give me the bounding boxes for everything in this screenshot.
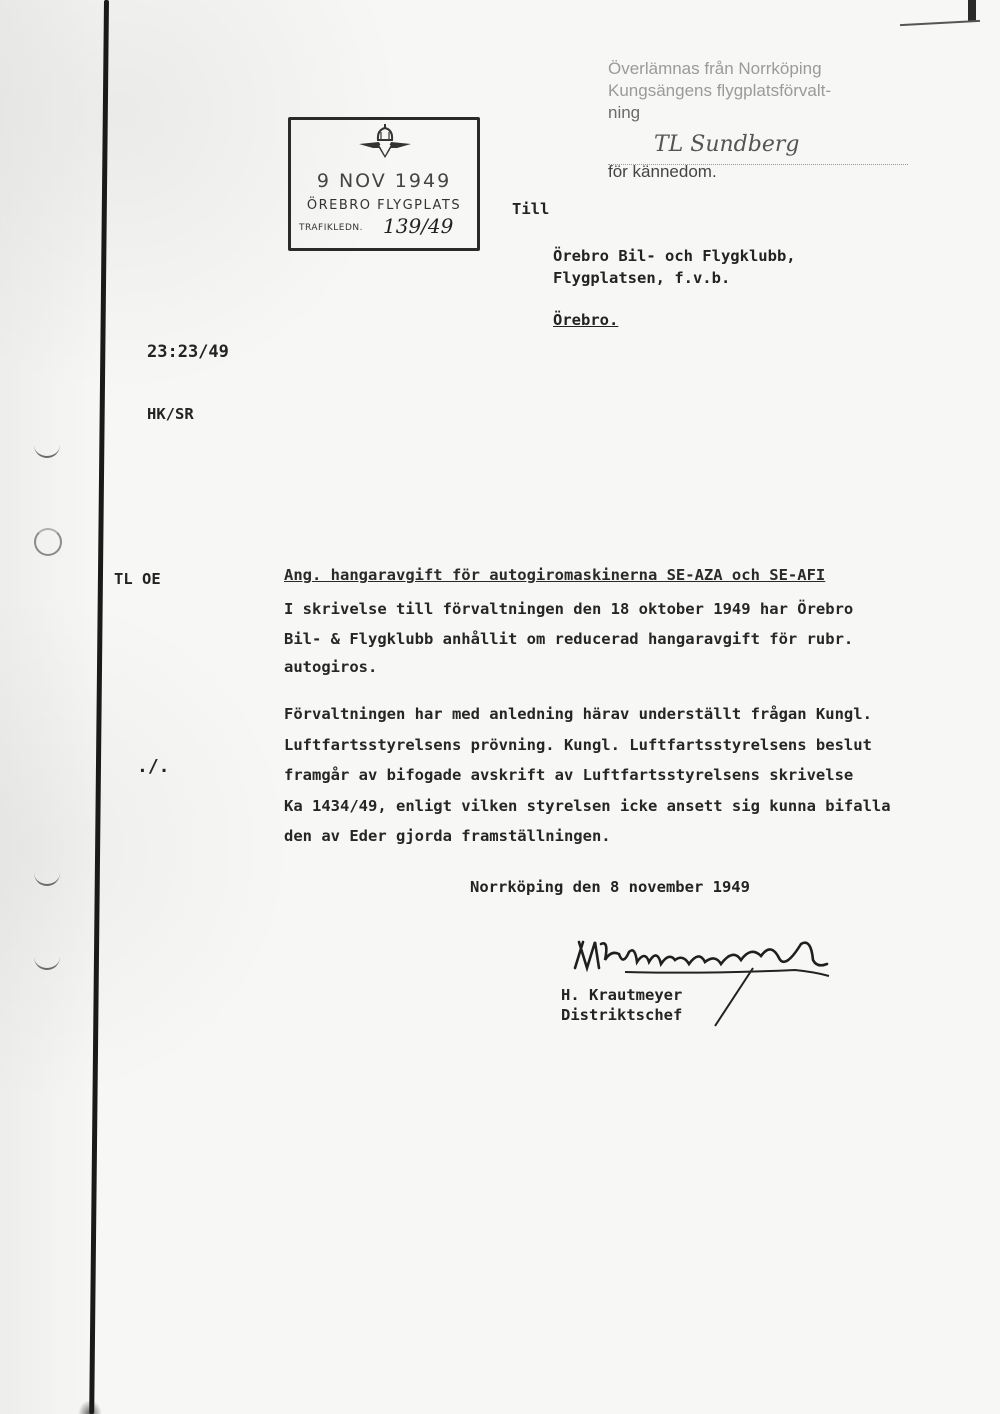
letter-subject: Ang. hangaravgift för autogiromaskinerna… xyxy=(284,566,825,584)
paragraph-2-line: Luftfartsstyrelsens prövning. Kungl. Luf… xyxy=(284,736,872,754)
paragraph-2-line: den av Eder gjorda framställningen. xyxy=(284,827,611,845)
reference-initials: HK/SR xyxy=(147,405,194,423)
paragraph-1-line: autogiros. xyxy=(284,658,377,676)
margin-line-smudge xyxy=(78,1400,102,1414)
addressee-line-1: Örebro Bil- och Flygklubb, xyxy=(553,247,796,265)
handover-line-4: för kännedom. xyxy=(608,162,717,182)
received-stamp: 9 NOV 1949 ÖREBRO FLYGPLATS TRAFIKLEDN. … xyxy=(288,117,480,251)
punch-hole-mark xyxy=(34,870,60,886)
paragraph-2-line: framgår av bifogade avskrift av Luftfart… xyxy=(284,766,853,784)
stamp-date: 9 NOV 1949 xyxy=(291,170,477,192)
margin-binder-line xyxy=(89,0,109,1414)
crown-wings-emblem-icon xyxy=(357,124,413,164)
reference-number: 23:23/49 xyxy=(147,342,229,362)
paragraph-1-line: I skrivelse till förvaltningen den 18 ok… xyxy=(284,600,853,618)
enclosure-mark: ./. xyxy=(137,756,170,777)
handover-note: Överlämnas från Norrköping Kungsängens f… xyxy=(608,58,928,124)
punch-hole-mark xyxy=(34,442,60,458)
stamp-place: ÖREBRO FLYGPLATS xyxy=(291,198,477,213)
place-date: Norrköping den 8 november 1949 xyxy=(470,878,750,896)
corner-scan-mark xyxy=(968,0,976,22)
handover-line-2: Kungsängens flygplatsförvalt- xyxy=(608,80,928,102)
till-label: Till xyxy=(512,200,549,218)
stamp-label: TRAFIKLEDN. xyxy=(299,223,363,233)
signatory-name: H. Krautmeyer xyxy=(561,986,682,1004)
corner-scan-line xyxy=(900,20,980,26)
addressee-line-2: Flygplatsen, f.v.b. xyxy=(553,269,730,287)
paragraph-2-line: Förvaltningen har med anledning härav un… xyxy=(284,705,872,723)
addressee-city: Örebro. xyxy=(553,311,618,329)
stamp-number: 139/49 xyxy=(383,214,453,238)
handover-line-1: Överlämnas från Norrköping xyxy=(608,58,928,80)
punch-hole-mark xyxy=(34,954,60,970)
handover-recipient-line: TL Sundberg xyxy=(608,136,908,165)
handover-line-3: ning xyxy=(608,102,928,124)
signatory-title: Distriktschef xyxy=(561,1006,682,1024)
paragraph-1-line: Bil- & Flygklubb anhållit om reducerad h… xyxy=(284,630,853,648)
paragraph-2-line: Ka 1434/49, enligt vilken styrelsen icke… xyxy=(284,797,891,815)
punch-hole-mark xyxy=(34,528,62,556)
copy-to: TL OE xyxy=(114,570,161,588)
handover-recipient-handwritten: TL Sundberg xyxy=(654,132,799,157)
